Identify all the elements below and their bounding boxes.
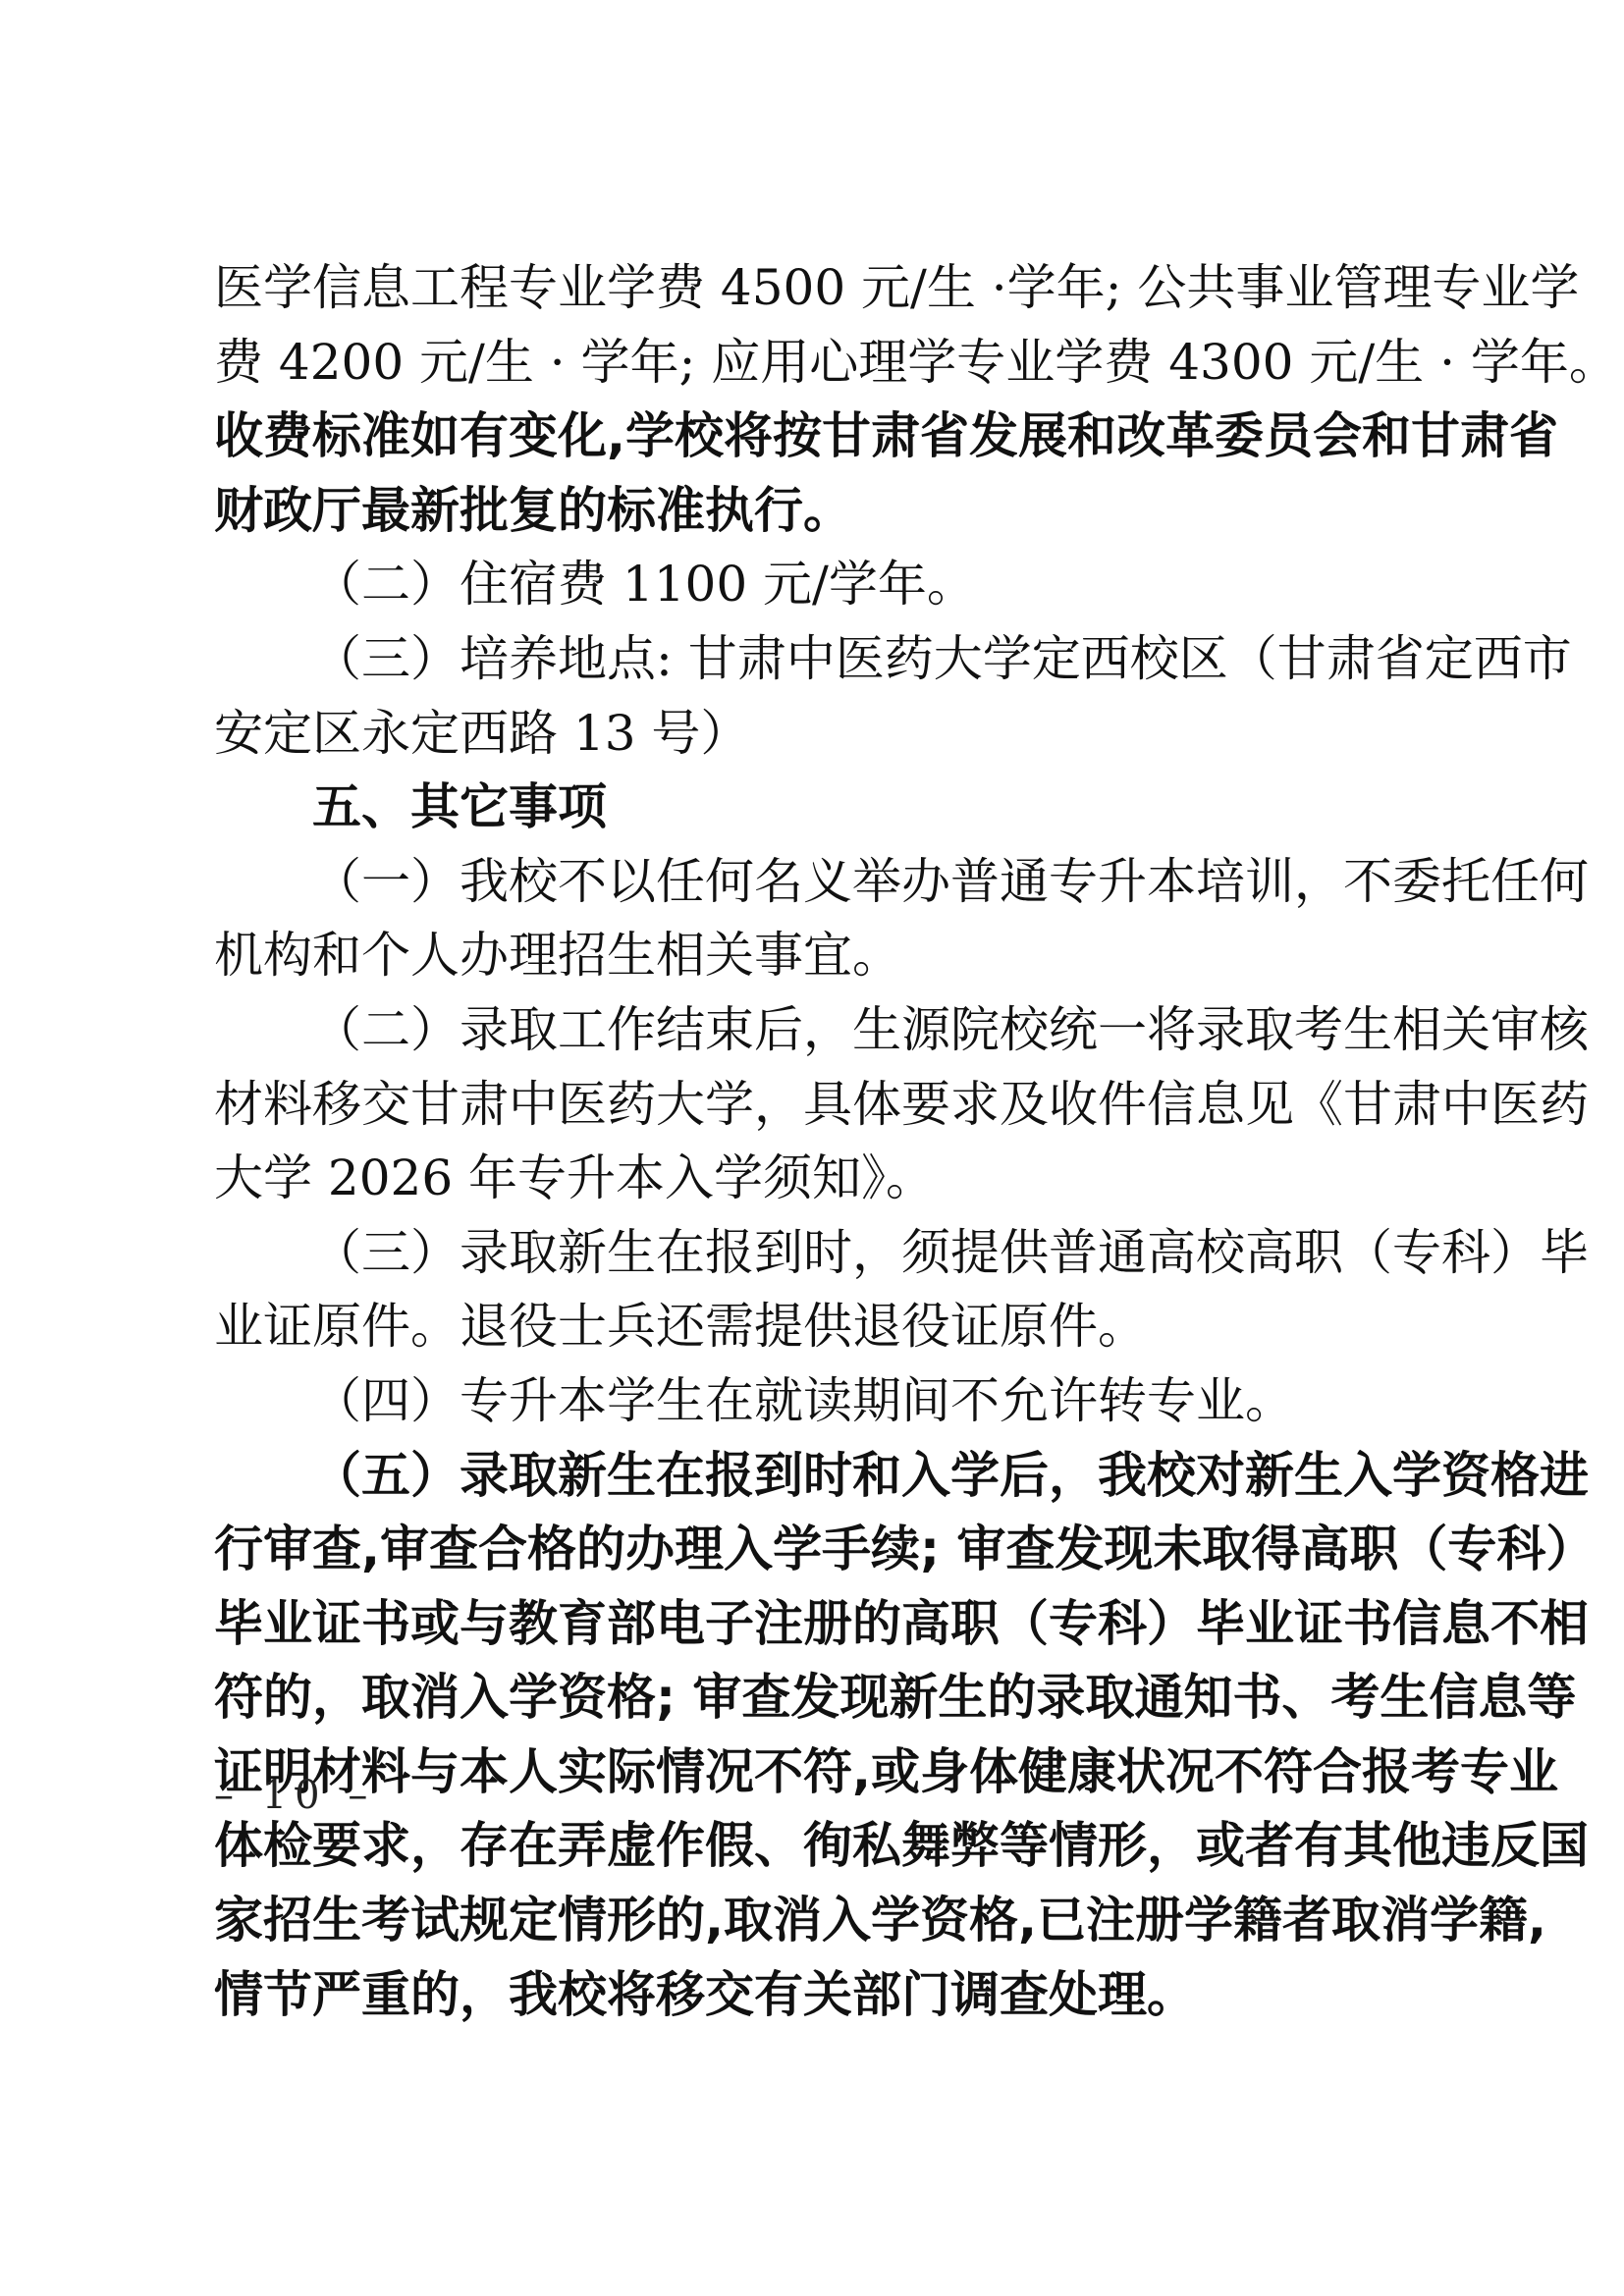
text-line-bold: 收费标准如有变化,学校将按甘肃省发展和改革委员会和甘肃省 — [214, 400, 1424, 474]
page-number: – 10 – — [214, 1773, 375, 1818]
text-line: 费 4200 元/生 · 学年; 应用心理学专业学费 4300 元/生 · 学年… — [214, 326, 1424, 400]
paragraph-item-5: （五）录取新生在报到时和入学后，我校对新生入学资格进 — [214, 1439, 1424, 1514]
text-line-bold: 体检要求，存在弄虚作假、徇私舞弊等情形，或者有其他违反国 — [214, 1809, 1424, 1884]
text-line: 大学 2026 年专升本入学须知》。 — [214, 1142, 1424, 1216]
text-line: 材料移交甘肃中医药大学，具体要求及收件信息见《甘肃中医药 — [214, 1068, 1424, 1143]
text-line: 医学信息工程专业学费 4500 元/生 ·学年; 公共事业管理专业学 — [214, 251, 1424, 326]
text-line-bold: 符的，取消入学资格; 审查发现新生的录取通知书、考生信息等 — [214, 1661, 1424, 1735]
section-heading-other-matters: 五、其它事项 — [214, 771, 1424, 845]
text-line: 业证原件。退役士兵还需提供退役证原件。 — [214, 1290, 1424, 1364]
text-line-bold: 毕业证书或与教育部电子注册的高职（专科）毕业证书信息不相 — [214, 1587, 1424, 1662]
text-line-bold: 财政厅最新批复的标准执行。 — [214, 474, 1424, 549]
document-body: 医学信息工程专业学费 4500 元/生 ·学年; 公共事业管理专业学 费 420… — [214, 251, 1424, 2032]
paragraph-item-1: （一）我校不以任何名义举办普通专升本培训，不委托任何 — [214, 845, 1424, 920]
text-line-bold: 证明材料与本人实际情况不符,或身体健康状况不符合报考专业 — [214, 1735, 1424, 1810]
paragraph-training-location: （三）培养地点: 甘肃中医药大学定西校区（甘肃省定西市 — [214, 622, 1424, 697]
text-line-bold: 家招生考试规定情形的,取消入学资格,已注册学籍者取消学籍, — [214, 1884, 1424, 1958]
text-line: 安定区永定西路 13 号） — [214, 697, 1424, 772]
paragraph-dormitory-fee: （二）住宿费 1100 元/学年。 — [214, 548, 1424, 622]
text-line: 机构和个人办理招生相关事宜。 — [214, 919, 1424, 993]
text-line-bold: 情节严重的，我校将移交有关部门调查处理。 — [214, 1958, 1424, 2033]
paragraph-item-4: （四）专升本学生在就读期间不允许转专业。 — [214, 1364, 1424, 1439]
paragraph-item-3: （三）录取新生在报到时，须提供普通高校高职（专科）毕 — [214, 1216, 1424, 1291]
paragraph-item-2: （二）录取工作结束后，生源院校统一将录取考生相关审核 — [214, 993, 1424, 1068]
text-line-bold: 行审查,审查合格的办理入学手续; 审查发现未取得高职（专科） — [214, 1513, 1424, 1587]
